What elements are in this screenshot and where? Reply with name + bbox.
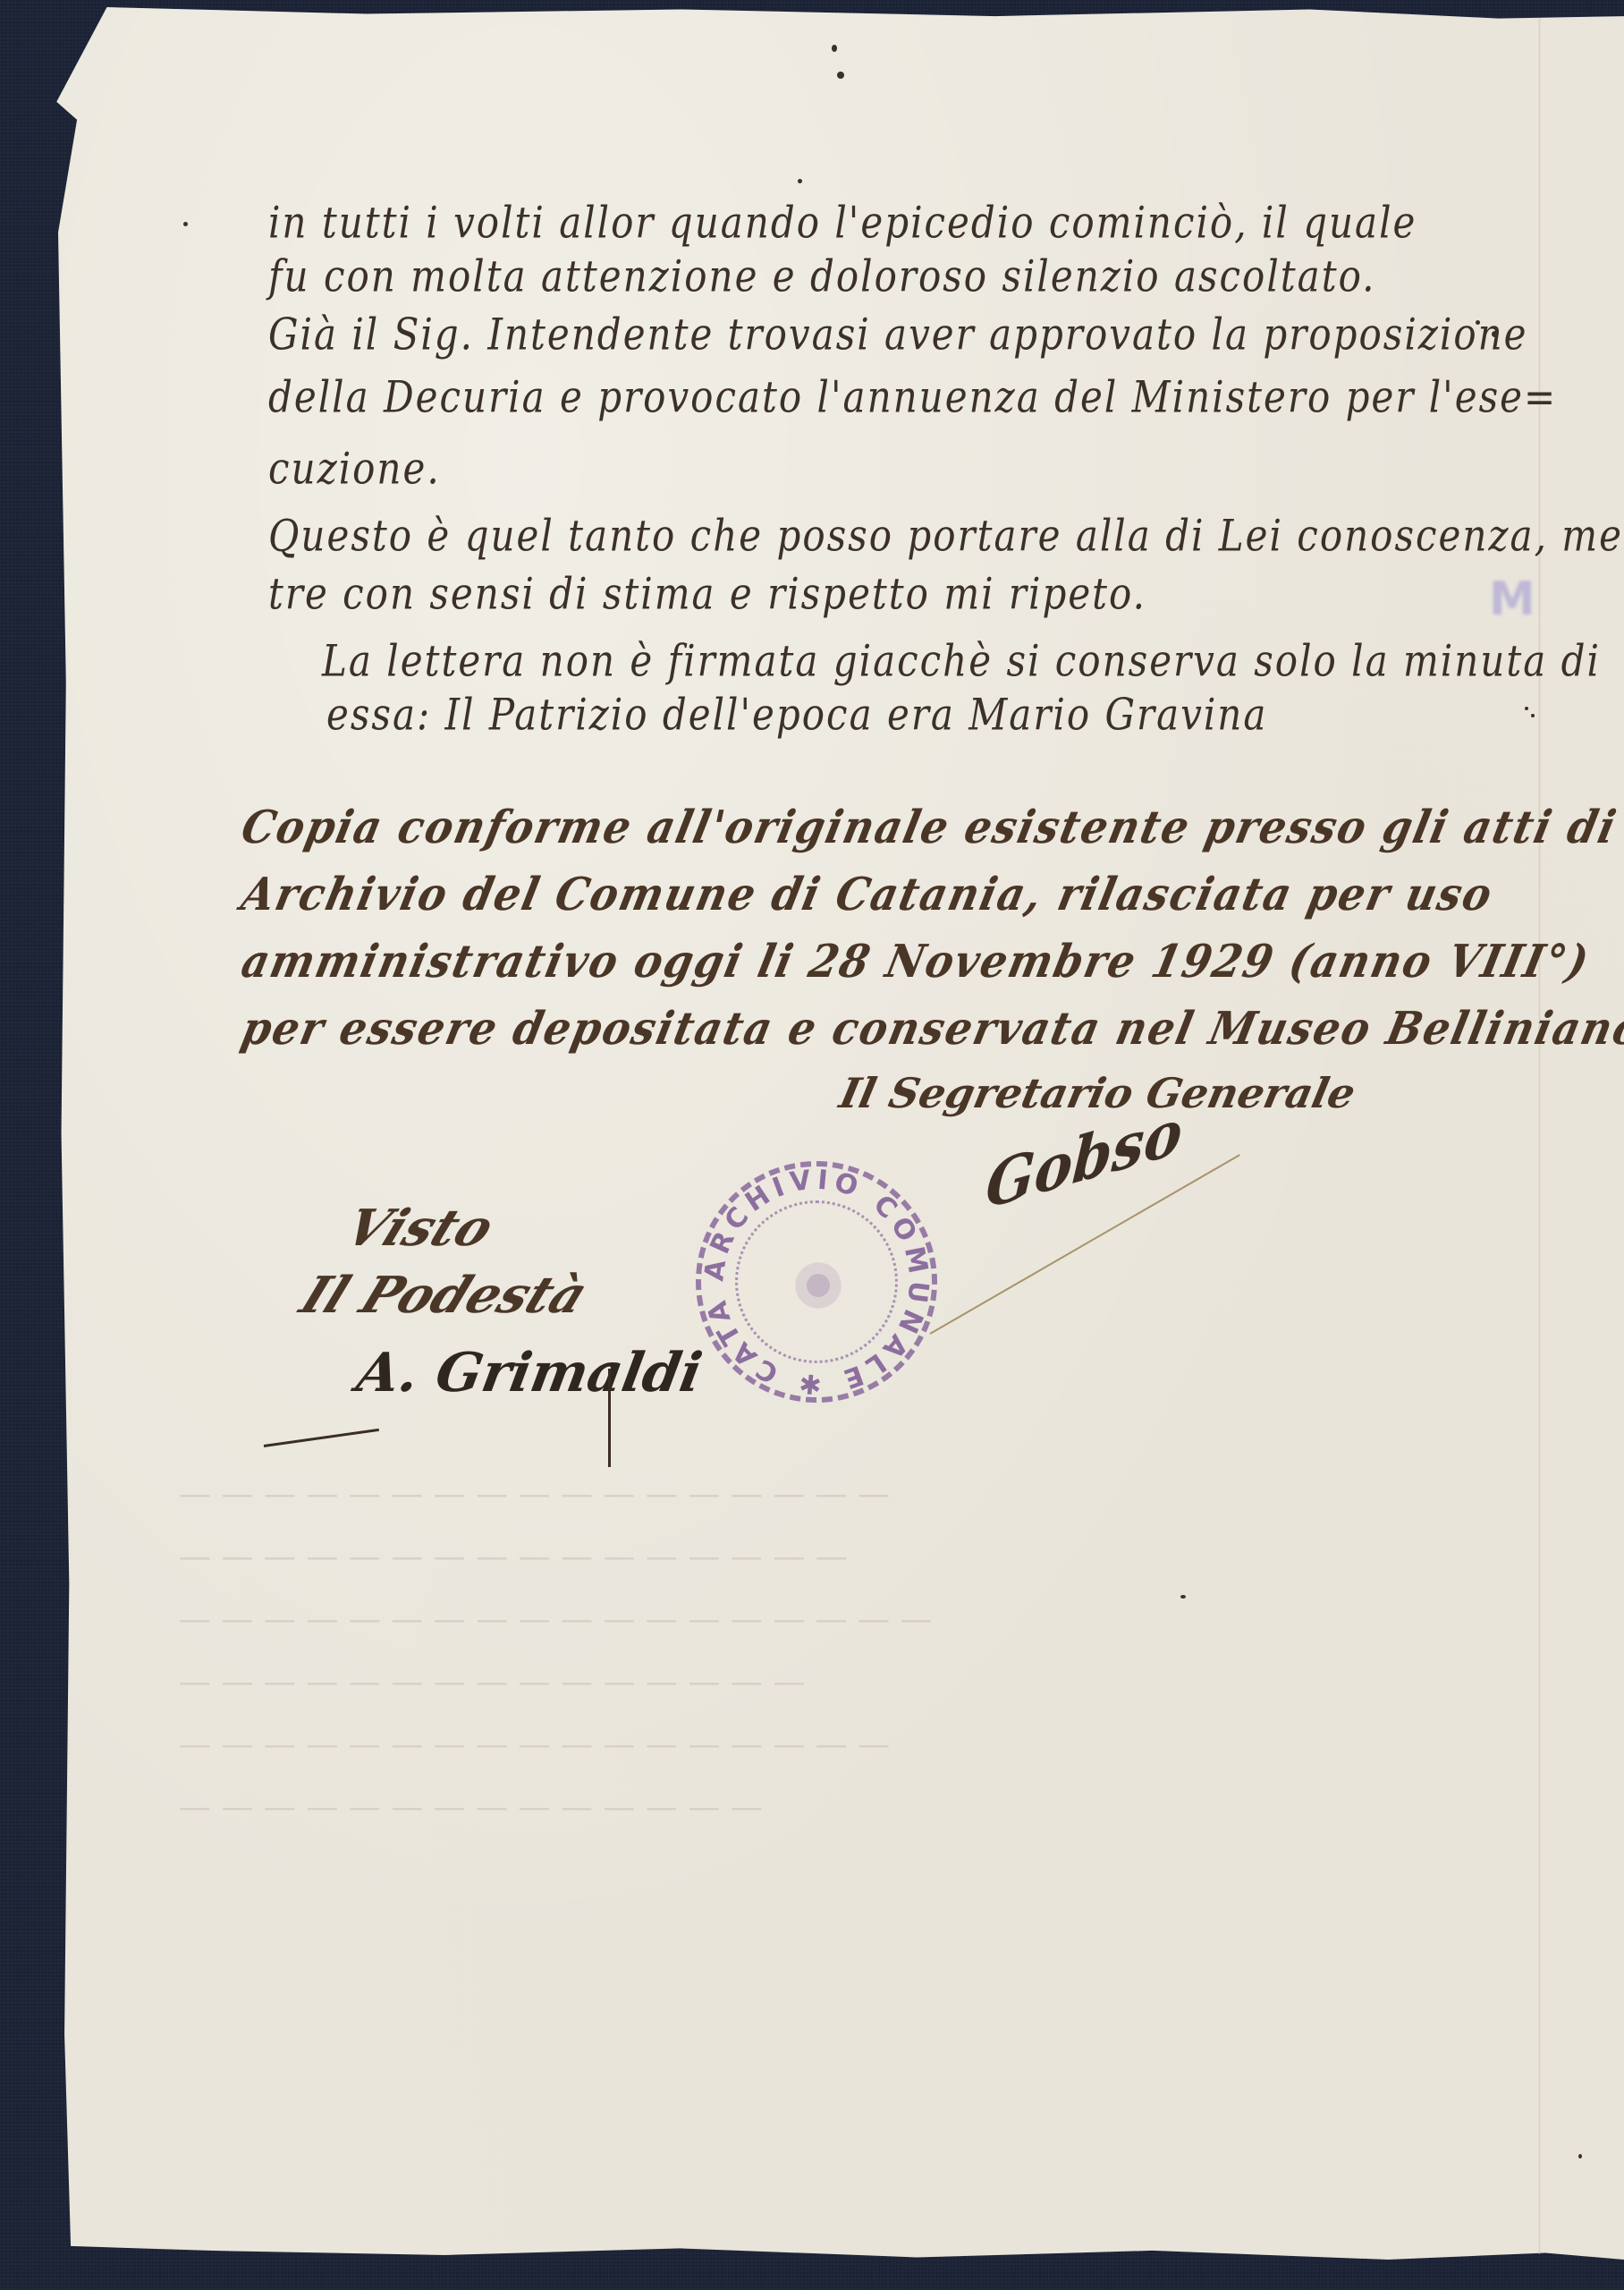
body-line: La lettera non è firmata giacchè si cons… [322, 636, 1601, 686]
pencil-margin-mark: M [1489, 572, 1535, 626]
bleed-through-text: — — — — — — — — — — — — — — — — — — — — … [179, 1476, 1476, 1923]
podesta-signature: A. Grimaldi [352, 1342, 706, 1404]
bleed-line: — — — — — — — — — — — — — — — — — — [179, 1601, 933, 1638]
bleed-line: — — — — — — — — — — — — — — — — [179, 1539, 848, 1575]
body-line: cuzione. [268, 444, 441, 494]
page-fold-line [1538, 18, 1541, 2254]
ink-speck [798, 179, 802, 183]
ink-speck [1578, 2154, 1582, 2159]
bleed-line: — — — — — — — — — — — — — — — — — [179, 1476, 890, 1513]
podesta-approval-block: Visto Il Podestà A. Grimaldi [304, 1199, 680, 1467]
certification-line: per essere depositata e conservata nel M… [237, 1002, 1624, 1055]
body-line: fu con molta attenzione e doloroso silen… [268, 251, 1375, 301]
body-line: della Decuria e provocato l'annuenza del… [268, 372, 1557, 422]
body-line: tre con sensi di stima e rispetto mi rip… [268, 569, 1146, 619]
ink-speck [837, 72, 844, 79]
body-line: Già il Sig. Intendente trovasi aver appr… [268, 310, 1528, 360]
certification-line: Copia conforme all'originale esistente p… [237, 801, 1622, 853]
body-line: essa: Il Patrizio dell'epoca era Mario G… [326, 690, 1267, 740]
bleed-line: — — — — — — — — — — — — — — — — — [179, 1726, 890, 1763]
visto-label: Visto [337, 1199, 503, 1258]
bleed-line: — — — — — — — — — — — — — — [179, 1789, 763, 1826]
secretary-title: Il Segretario Generale [835, 1069, 1359, 1117]
stamp-inner-ring [735, 1200, 898, 1363]
certification-line: amministrativo oggi li 28 Novembre 1929 … [237, 935, 1594, 988]
podesta-title: Il Podestà [292, 1266, 596, 1325]
body-line: Questo è quel tanto che posso portare al… [268, 511, 1624, 561]
bleed-line: — — — — — — — — — — — — — — — [179, 1664, 805, 1701]
official-stamp: ARCHIVIO COMUNALE ✱ CATANIA ✱ [696, 1161, 937, 1403]
signature-flourish [608, 1369, 611, 1467]
certification-paragraph: Copia conforme all'originale esistente p… [237, 805, 1605, 1073]
ink-speck [183, 222, 188, 226]
ink-speck [832, 45, 837, 52]
certification-line: Archivio del Comune di Catania, rilascia… [237, 868, 1498, 920]
stamp-emblem-icon [791, 1259, 845, 1312]
letter-body: in tutti i volti allor quando l'epicedio… [268, 204, 1538, 759]
body-line: in tutti i volti allor quando l'epicedio… [268, 198, 1417, 248]
